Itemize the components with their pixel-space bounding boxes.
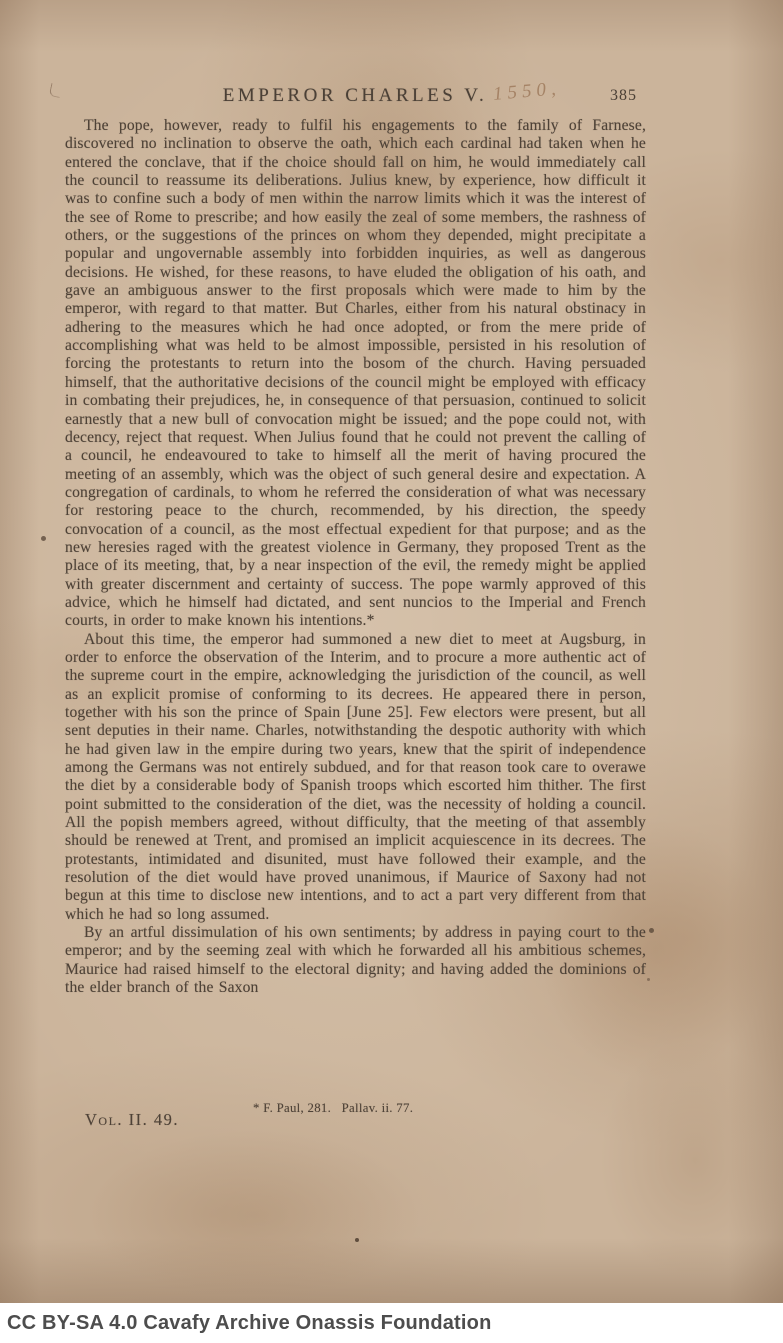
margin-speck — [41, 536, 46, 541]
margin-speck — [649, 928, 654, 933]
paragraph-2: About this time, the emperor had summone… — [65, 631, 646, 925]
paper-stain — [600, 1040, 783, 1280]
footnote: * F. Paul, 281. Pallav. ii. 77. — [253, 1101, 413, 1116]
margin-speck — [647, 978, 650, 981]
volume-signature: Vol. II. 49. — [85, 1110, 179, 1130]
page-number: 385 — [610, 87, 637, 105]
page-header: EMPEROR CHARLES V. 1550, 385 — [65, 85, 645, 111]
paper-stain — [90, 1130, 420, 1300]
body-text-column: The pope, however, ready to fulfil his e… — [65, 117, 646, 998]
license-caption-bar: CC BY-SA 4.0 Cavafy Archive Onassis Foun… — [0, 1303, 783, 1343]
scanned-book-page: EMPEROR CHARLES V. 1550, 385 The pope, h… — [0, 0, 783, 1343]
paper-speck — [355, 1238, 359, 1242]
license-caption-text: CC BY-SA 4.0 Cavafy Archive Onassis Foun… — [0, 1312, 492, 1335]
paragraph-1: The pope, however, ready to fulfil his e… — [65, 117, 646, 631]
paragraph-3: By an artful dissimulation of his own se… — [65, 924, 646, 997]
pencil-mark — [49, 83, 62, 98]
book-page-paper: EMPEROR CHARLES V. 1550, 385 The pope, h… — [0, 0, 783, 1303]
